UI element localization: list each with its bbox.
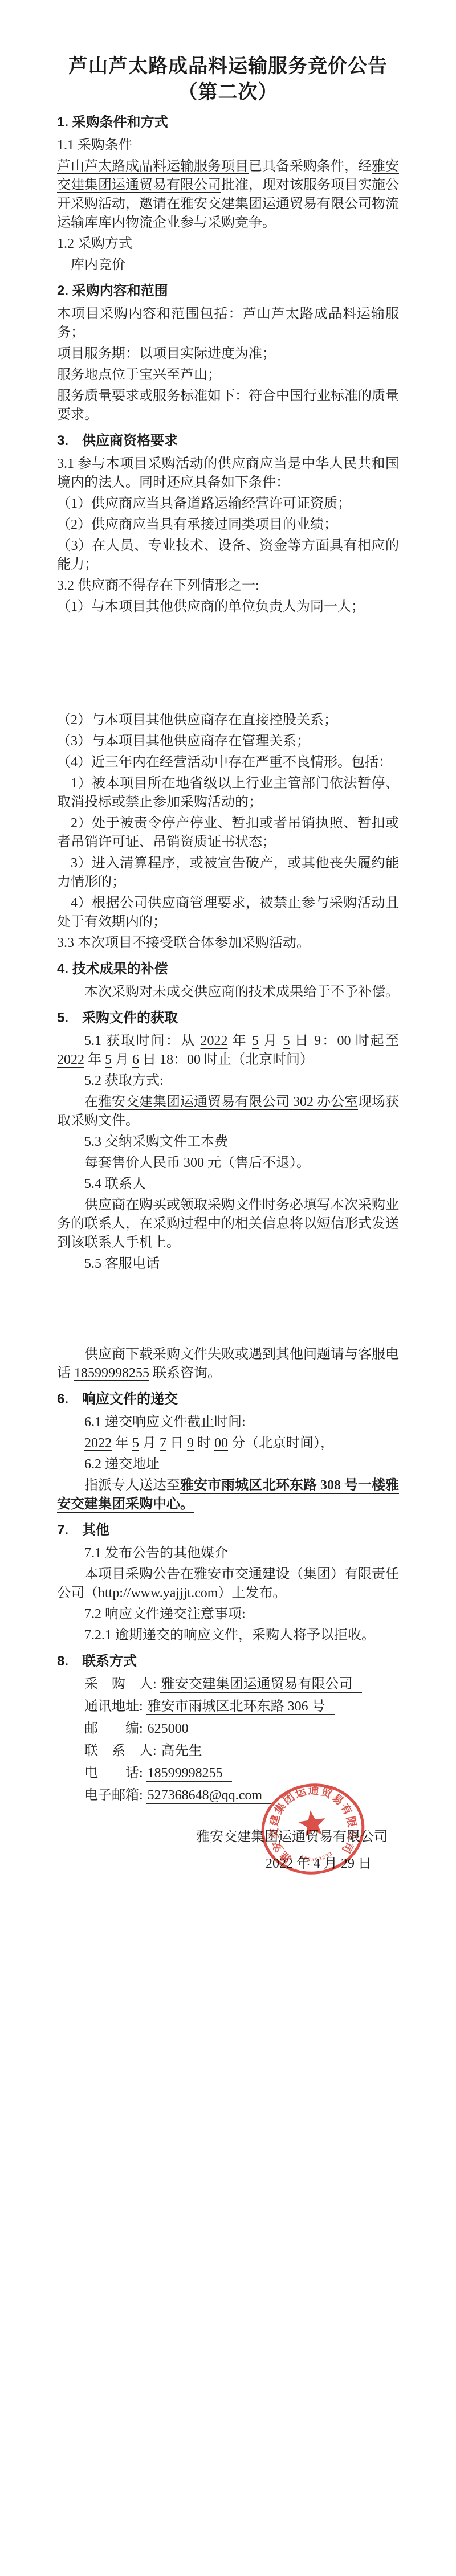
contact-value: 625000 (146, 1721, 198, 1737)
clause-5-1-time: 5.1 获取时间：从 2022 年 5 月 5 日 9：00 时起至 2022 … (57, 1032, 399, 1069)
underlined-date: 5 (105, 1052, 112, 1067)
clause-1-1-paragraph: 芦山芦太路成品料运输服务项目已具备采购条件，经雅安交建集团运通贸易有限公司批准，… (57, 157, 399, 232)
clause-3-1-paragraph: 3.1 参与本项目采购活动的供应商应当是中华人民共和国境内的法人。同时还应具备如… (57, 455, 399, 492)
delivery-address-paragraph: 指派专人送达至雅安市雨城区北环东路 308 号一楼雅安交建集团采购中心。 (57, 1476, 399, 1514)
text: 年 (84, 1052, 105, 1067)
scope-line: 服务地点位于宝兴至芦山； (57, 366, 399, 385)
clause-5-4-paragraph: 供应商在购买或领取采购文件时务必填写本次采购业务的联系人，在采购过程中的相关信息… (57, 1196, 399, 1252)
underlined-date: 7 (160, 1436, 166, 1451)
scope-line: 本项目采购内容和范围包括：芦山芦太路成品料运输服务； (57, 305, 399, 342)
document-title: 芦山芦太路成品料运输服务竞价公告 （第二次） (57, 54, 399, 106)
contact-row-purchaser: 采 购 人: 雅安交建集团运通贸易有限公司 (57, 1675, 399, 1694)
section-3-heading: 3. 供应商资格要求 (57, 431, 399, 450)
contact-label: 电子邮箱: (84, 1788, 146, 1803)
underlined-office-address: 雅安交建集团运通贸易有限公司 302 办公室 (98, 1095, 358, 1109)
clause-5-2-paragraph: 在雅安交建集团运通贸易有限公司 302 办公室现场获取采购文件。 (57, 1093, 399, 1130)
prohibited-item: （3）与本项目其他供应商存在管理关系； (57, 732, 399, 751)
underlined-project-name: 芦山芦太路成品料运输服务项目 (57, 159, 249, 174)
text: 年 (112, 1436, 132, 1451)
clause-5-5-heading: 5.5 客服电话 (57, 1255, 399, 1273)
clause-6-2-heading: 6.2 递交地址 (57, 1455, 399, 1474)
underlined-date: 5 (283, 1034, 290, 1048)
clause-1-1-text: 已具备采购条件，经 (249, 159, 372, 174)
contact-value: 雅安交建集团运通贸易有限公司 (160, 1677, 362, 1693)
clause-3-2-heading: 3.2 供应商不得存在下列情形之一: (57, 577, 399, 595)
section-4-heading: 4. 技术成果的补偿 (57, 960, 399, 978)
clause-1-2-heading: 1.2 采购方式 (57, 235, 399, 254)
clause-1-1-heading: 1.1 采购条件 (57, 136, 399, 155)
clause-7-1-heading: 7.1 发布公告的其他媒介 (57, 1544, 399, 1563)
contact-value: 18599998255 (146, 1766, 232, 1782)
title-line-1: 芦山芦太路成品料运输服务竞价公告 (57, 54, 399, 80)
contact-row-email: 电子邮箱: 527368648@qq.com (57, 1786, 399, 1805)
text: 在 (84, 1095, 98, 1109)
contact-label: 邮 编: (84, 1721, 146, 1736)
page-break-gap (57, 619, 399, 709)
section-8-heading: 8. 联系方式 (57, 1652, 399, 1671)
text: 分（北京时间）， (228, 1436, 334, 1451)
signature-date: 2022 年 4 月 29 日 (57, 1855, 399, 1873)
text: 日 18：00 时止（北京时间） (139, 1052, 313, 1067)
text: 年 (227, 1034, 252, 1048)
text: 联系咨询。 (149, 1366, 221, 1381)
underlined-date: 9 (187, 1436, 194, 1451)
contact-label: 联 系 人: (84, 1744, 160, 1758)
text: 月 (139, 1436, 160, 1451)
clause-1-2-value: 库内竞价 (57, 256, 399, 275)
text: 时 (194, 1436, 214, 1451)
qualification-item: （3）在人员、专业技术、设备、资金等方面具有相应的能力； (57, 537, 399, 574)
text: 月 (112, 1052, 132, 1067)
page-break-gap (57, 1276, 399, 1343)
section-7-heading: 7. 其他 (57, 1521, 399, 1540)
prohibited-item: （4）近三年内在经营活动中存在严重不良情形。包括： (57, 753, 399, 772)
underlined-date: 2022 (84, 1436, 112, 1451)
text: 日 (166, 1436, 187, 1451)
submission-deadline: 2022 年 5 月 7 日 9 时 00 分（北京时间）， (57, 1434, 399, 1453)
contact-row-person: 联 系 人: 高先生 (57, 1742, 399, 1761)
contact-row-phone: 电 话: 18599998255 (57, 1764, 399, 1783)
underlined-date: 2022 (57, 1052, 84, 1067)
text: 5.1 获取时间：从 (84, 1034, 200, 1048)
underlined-date: 5 (132, 1436, 139, 1451)
clause-6-1-heading: 6.1 递交响应文件截止时间: (57, 1413, 399, 1432)
clause-7-2-1: 7.2.1 逾期递交的响应文件，采购人将予以拒收。 (57, 1626, 399, 1645)
underlined-date: 2022 (200, 1034, 227, 1048)
clause-7-2-heading: 7.2 响应文件递交注意事项: (57, 1605, 399, 1624)
title-line-2: （第二次） (57, 80, 399, 106)
scope-line: 服务质量要求或服务标准如下：符合中国行业标准的质量要求。 (57, 387, 399, 424)
contact-row-address: 通讯地址: 雅安市雨城区北环东路 306 号 (57, 1697, 399, 1716)
contact-label: 通讯地址: (84, 1699, 146, 1714)
text: 日 9：00 时起至 (290, 1034, 399, 1048)
announcement-document: 芦山芦太路成品料运输服务竞价公告 （第二次） 1. 采购条件和方式 1.1 采购… (0, 0, 456, 1873)
clause-4-body: 本次采购对未成交供应商的技术成果给于不予补偿。 (57, 983, 399, 1002)
clause-5-4-heading: 5.4 联系人 (57, 1175, 399, 1194)
qualification-item: （2）供应商应当具有承接过同类项目的业绩； (57, 516, 399, 534)
contact-value: 527368648@qq.com (146, 1788, 271, 1804)
clause-7-1-paragraph: 本项目采购公告在雅安市交通建设（集团）有限责任公司（http://www.yaj… (57, 1565, 399, 1603)
section-2-heading: 2. 采购内容和范围 (57, 281, 399, 300)
section-1-heading: 1. 采购条件和方式 (57, 113, 399, 132)
signature-company: 雅安交建集团运通贸易有限公司 (57, 1828, 399, 1847)
clause-5-3-price: 每套售价人民币 300 元（售后不退）。 (57, 1154, 399, 1173)
text: 月 (259, 1034, 283, 1048)
clause-5-3-heading: 5.3 交纳采购文件工本费 (57, 1133, 399, 1152)
prohibited-subitem: 2）处于被责令停产停业、暂扣或者吊销执照、暂扣或者吊销许可证、吊销资质证书状态； (57, 814, 399, 852)
prohibited-subitem: 1）被本项目所在地省级以上行业主管部门依法暂停、取消投标或禁止参加采购活动的； (57, 774, 399, 812)
contact-value: 高先生 (160, 1744, 211, 1759)
scope-line: 项目服务期：以项目实际进度为准； (57, 345, 399, 364)
prohibited-item: （1）与本项目其他供应商的单位负责人为同一人； (57, 598, 399, 617)
contact-row-postcode: 邮 编: 625000 (57, 1720, 399, 1738)
text: 指派专人送达至 (84, 1478, 180, 1493)
download-help-note: 供应商下载采购文件失败或遇到其他问题请与客服电话 18599998255 联系咨… (57, 1345, 399, 1383)
underlined-date: 6 (132, 1052, 139, 1067)
contact-label: 电 话: (84, 1766, 146, 1781)
clause-3-3: 3.3 本次项目不接受联合体参加采购活动。 (57, 934, 399, 953)
prohibited-item: （2）与本项目其他供应商存在直接控股关系； (57, 711, 399, 730)
contact-value: 雅安市雨城区北环东路 306 号 (146, 1699, 335, 1715)
section-5-heading: 5. 采购文件的获取 (57, 1009, 399, 1027)
prohibited-subitem: 4）根据公司供应商管理要求，被禁止参与采购活动且处于有效期内的； (57, 894, 399, 932)
underlined-date: 00 (214, 1436, 228, 1451)
underlined-service-phone: 18599998255 (74, 1366, 149, 1381)
signature-block: 雅安交建集团运通贸易有限公司 802502233 雅安交建集团运通贸易有限公司 … (57, 1828, 399, 1873)
contact-label: 采 购 人: (84, 1677, 160, 1692)
underlined-date: 5 (252, 1034, 259, 1048)
clause-5-2-heading: 5.2 获取方式: (57, 1072, 399, 1091)
qualification-item: （1）供应商应当具备道路运输经营许可证资质； (57, 495, 399, 513)
section-6-heading: 6. 响应文件的递交 (57, 1390, 399, 1409)
prohibited-subitem: 3）进入清算程序，或被宣告破产，或其他丧失履约能力情形的； (57, 854, 399, 892)
